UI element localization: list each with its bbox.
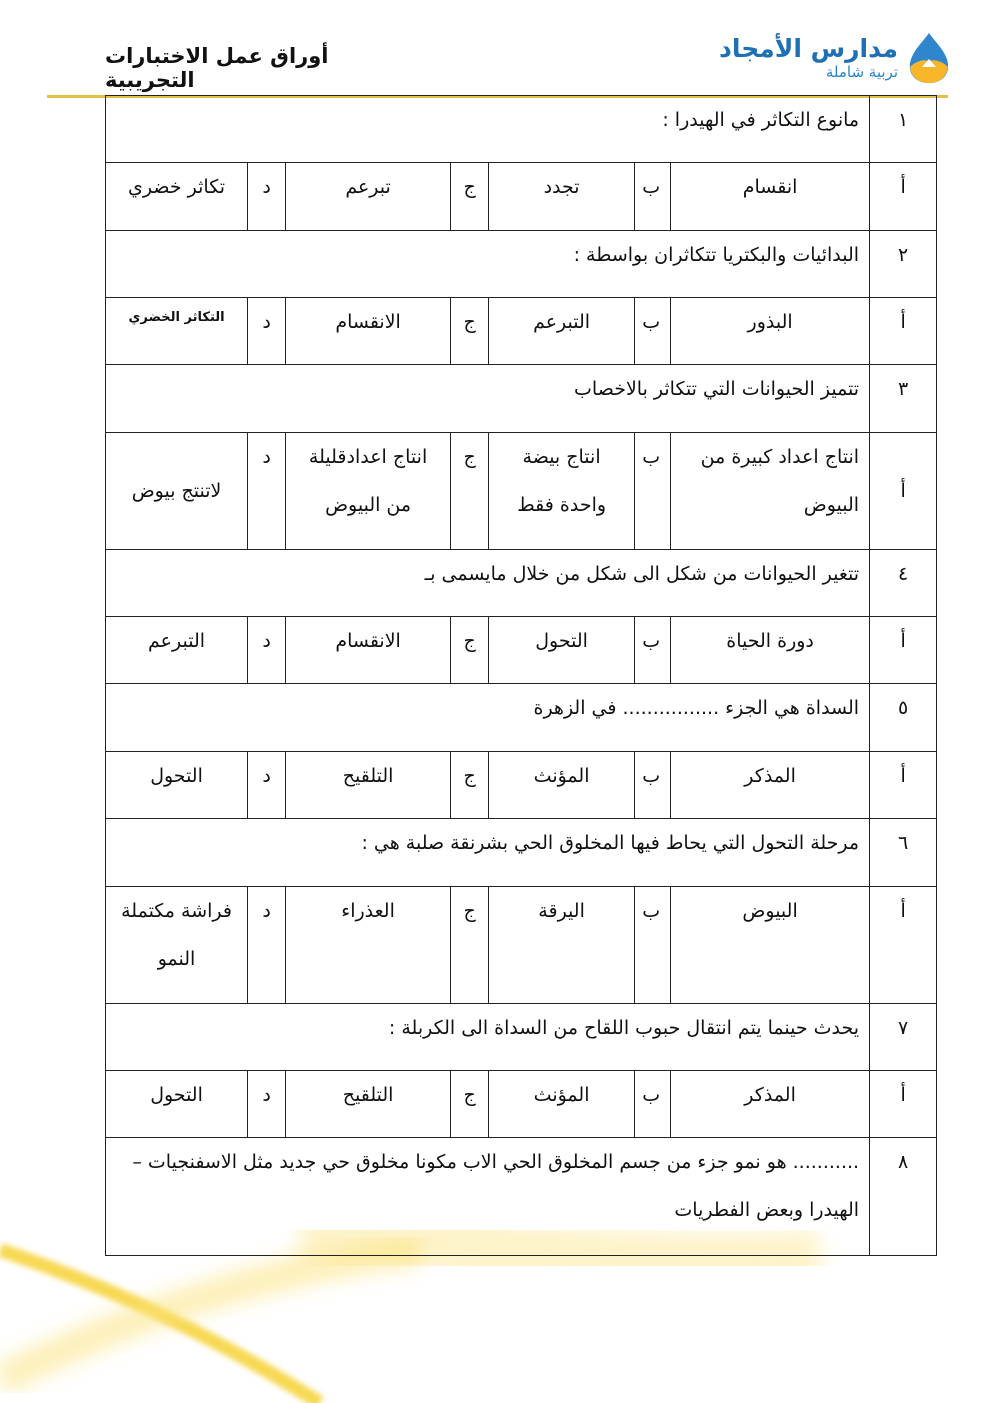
option-b: انتاج بيضة واحدة فقط [489, 433, 635, 550]
option-label-d: د [248, 887, 286, 1004]
logo-tagline: تربية شاملة [719, 65, 898, 80]
question-row: ٨ ........... هو نمو جزء من جسم المخلوق … [106, 1138, 937, 1256]
question-row: ٦ مرحلة التحول التي يحاط فيها المخلوق ال… [106, 819, 937, 887]
question-row: ٢ البدائيات والبكتريا تتكاثران بواسطة : [106, 231, 937, 298]
droplet-logo-icon [906, 31, 952, 85]
option-label-c: ج [451, 298, 489, 365]
option-label-a: أ [870, 163, 937, 231]
option-c: التلقيح [286, 1071, 451, 1138]
option-label-b: ب [635, 1071, 671, 1138]
question-number: ٤ [870, 550, 937, 617]
option-label-b: ب [635, 298, 671, 365]
option-a: البذور [671, 298, 870, 365]
options-row: أ البذور ب التبرعم ج الانقسام د التكاثر … [106, 298, 937, 365]
options-row: أ دورة الحياة ب التحول ج الانقسام د التب… [106, 617, 937, 684]
option-label-d: د [248, 433, 286, 550]
question-row: ١ مانوع التكاثر في الهيدرا : [106, 96, 937, 163]
option-label-a: أ [870, 752, 937, 819]
option-label-c: ج [451, 433, 489, 550]
option-b: المؤنث [489, 752, 635, 819]
option-c: انتاج اعدادقليلة من البيوض [286, 433, 451, 550]
options-row: أ المذكر ب المؤنث ج التلقيح د التحول [106, 1071, 937, 1138]
option-label-a: أ [870, 433, 937, 550]
option-label-a: أ [870, 1071, 937, 1138]
option-label-c: ج [451, 1071, 489, 1138]
question-row: ٥ السداة هي الجزء ................ في ال… [106, 684, 937, 752]
option-label-d: د [248, 1071, 286, 1138]
option-d: التبرعم [106, 617, 248, 684]
option-a: دورة الحياة [671, 617, 870, 684]
question-text: السداة هي الجزء ................ في الزه… [106, 684, 870, 752]
option-d: التكاثر الخضري [106, 298, 248, 365]
option-label-c: ج [451, 163, 489, 231]
option-a: المذكر [671, 752, 870, 819]
option-c: العذراء [286, 887, 451, 1004]
option-a: انتاج اعداد كبيرة من البيوض [671, 433, 870, 550]
question-row: ٣ تتميز الحيوانات التي تتكاثر بالاخصاب [106, 365, 937, 433]
option-label-b: ب [635, 163, 671, 231]
option-label-b: ب [635, 887, 671, 1004]
option-label-a: أ [870, 617, 937, 684]
question-text: تتغير الحيوانات من شكل الى شكل من خلال م… [106, 550, 870, 617]
option-label-d: د [248, 298, 286, 365]
option-c: تبرعم [286, 163, 451, 231]
quiz-table: ١ مانوع التكاثر في الهيدرا : أ انقسام ب … [105, 95, 937, 1256]
option-label-c: ج [451, 752, 489, 819]
question-number: ٧ [870, 1004, 937, 1071]
option-label-b: ب [635, 617, 671, 684]
question-number: ٥ [870, 684, 937, 752]
question-text: البدائيات والبكتريا تتكاثران بواسطة : [106, 231, 870, 298]
option-a: انقسام [671, 163, 870, 231]
option-d: لاتنتج بيوض [106, 433, 248, 550]
options-row: أ انتاج اعداد كبيرة من البيوض ب انتاج بي… [106, 433, 937, 550]
question-number: ١ [870, 96, 937, 163]
option-b: المؤنث [489, 1071, 635, 1138]
question-text: ........... هو نمو جزء من جسم المخلوق ال… [106, 1138, 870, 1256]
option-label-d: د [248, 163, 286, 231]
question-text: تتميز الحيوانات التي تتكاثر بالاخصاب [106, 365, 870, 433]
question-number: ٨ [870, 1138, 937, 1256]
option-label-b: ب [635, 433, 671, 550]
question-text: مانوع التكاثر في الهيدرا : [106, 96, 870, 163]
options-row: أ البيوض ب اليرقة ج العذراء د فراشة مكتم… [106, 887, 937, 1004]
option-label-a: أ [870, 887, 937, 1004]
option-d: تكاثر خضري [106, 163, 248, 231]
option-d: التحول [106, 1071, 248, 1138]
option-c: الانقسام [286, 298, 451, 365]
question-row: ٤ تتغير الحيوانات من شكل الى شكل من خلال… [106, 550, 937, 617]
option-d: فراشة مكتملة النمو [106, 887, 248, 1004]
option-c: التلقيح [286, 752, 451, 819]
option-b: اليرقة [489, 887, 635, 1004]
option-c: الانقسام [286, 617, 451, 684]
option-label-d: د [248, 752, 286, 819]
question-text: مرحلة التحول التي يحاط فيها المخلوق الحي… [106, 819, 870, 887]
question-text: يحدث حينما يتم انتقال حبوب اللقاح من الس… [106, 1004, 870, 1071]
option-label-c: ج [451, 887, 489, 1004]
option-b: التحول [489, 617, 635, 684]
page-title: أوراق عمل الاختبارات التجريبية [105, 44, 405, 92]
option-a: البيوض [671, 887, 870, 1004]
option-b: التبرعم [489, 298, 635, 365]
options-row: أ انقسام ب تجدد ج تبرعم د تكاثر خضري [106, 163, 937, 231]
school-logo: مدارس الأمجاد تربية شاملة [712, 28, 952, 88]
option-label-c: ج [451, 617, 489, 684]
question-number: ٢ [870, 231, 937, 298]
question-number: ٣ [870, 365, 937, 433]
option-label-d: د [248, 617, 286, 684]
option-d: التحول [106, 752, 248, 819]
question-row: ٧ يحدث حينما يتم انتقال حبوب اللقاح من ا… [106, 1004, 937, 1071]
option-label-a: أ [870, 298, 937, 365]
logo-name: مدارس الأمجاد [719, 36, 898, 61]
option-a: المذكر [671, 1071, 870, 1138]
question-number: ٦ [870, 819, 937, 887]
option-label-b: ب [635, 752, 671, 819]
option-b: تجدد [489, 163, 635, 231]
options-row: أ المذكر ب المؤنث ج التلقيح د التحول [106, 752, 937, 819]
